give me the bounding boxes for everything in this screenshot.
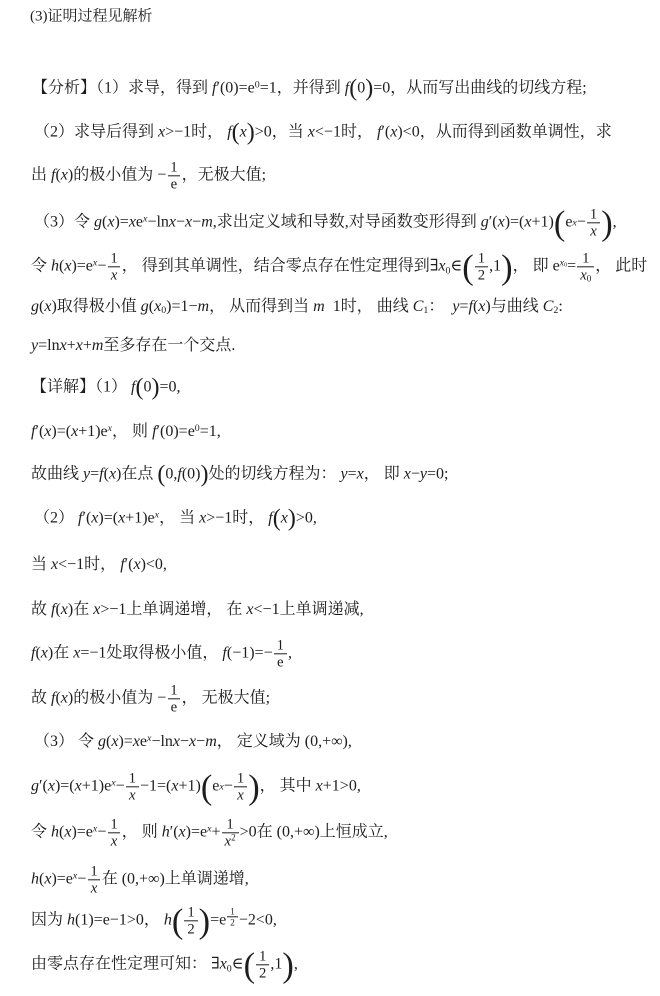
text-run: +1)e	[78, 423, 107, 440]
fraction-numerator: 1	[234, 770, 247, 786]
math-run: h	[162, 824, 170, 841]
text-run: ， 此时	[595, 258, 647, 275]
text-run: ∈	[232, 956, 244, 973]
text-run: ， 即 e	[513, 258, 560, 275]
text-run: 由零点存在性定理可知： ∃	[31, 956, 220, 973]
math-run: m	[92, 337, 104, 354]
text-run: e	[171, 177, 178, 193]
math-run: g	[98, 733, 106, 750]
text-run: 1	[110, 250, 117, 266]
text-run: ′(	[381, 124, 390, 141]
math-run: x	[240, 124, 247, 142]
text-run: ′(	[489, 214, 498, 231]
paren-content: 0,f(0)	[165, 466, 200, 484]
paren-content: 12,1	[255, 948, 282, 981]
text-run: −ln	[151, 733, 172, 750]
text-run: >−1上单调递增， 在	[100, 601, 246, 618]
text-run: 1	[187, 904, 194, 920]
text-run: =1，并得到	[260, 80, 345, 97]
math-run: x	[76, 337, 83, 354]
math-run: x	[129, 788, 136, 804]
text-run: )与曲线	[485, 298, 542, 315]
text-run: +1)e	[125, 510, 154, 527]
math-run: x	[169, 214, 176, 231]
text-run: 【详解】（1）	[31, 379, 131, 396]
paren-content: 0	[357, 80, 365, 98]
fraction-denominator: x2	[222, 833, 239, 850]
math-run: x	[111, 268, 118, 284]
text-run: )=(	[505, 214, 525, 231]
text-run: e	[136, 214, 143, 231]
text-run: （3）令	[34, 214, 94, 231]
fraction-numerator: 1	[227, 906, 238, 916]
text-run: <−1时，	[315, 124, 377, 141]
text-run: 【分析】（1）求导，得到	[32, 80, 212, 97]
text-run: =−1处取得极小值，	[80, 645, 222, 662]
text-run: +	[67, 337, 76, 354]
math-run: h	[51, 258, 59, 275]
text-run: (−1)=−	[227, 645, 273, 662]
fraction: 1x	[107, 816, 120, 849]
math-run: m	[313, 298, 325, 315]
fraction: 1e	[274, 637, 287, 670]
paren-content: 12	[183, 904, 198, 937]
text-run: 1	[226, 816, 233, 832]
math-run: x	[404, 466, 411, 483]
text-run: ， 则	[122, 824, 162, 841]
text-run: 0	[587, 274, 592, 284]
text-run: −2<0,	[239, 912, 277, 929]
math-run: x	[154, 298, 161, 315]
text-run: >0，当	[255, 124, 308, 141]
math-run: x	[111, 834, 118, 850]
fraction: 1x	[126, 770, 139, 803]
text-run: 2	[230, 917, 235, 927]
text-run: 0	[357, 80, 365, 98]
paren-content: x	[281, 510, 288, 528]
text-run: )取得极小值	[51, 298, 140, 315]
text-run: ′(	[82, 510, 91, 527]
fraction-numerator: 1	[107, 816, 120, 832]
text-run: <−1上单调递减,	[254, 601, 364, 618]
math-run: x	[524, 214, 531, 231]
text-run: )在	[48, 645, 73, 662]
text-line-16: 故 f(x)的极小值为 −1e， 无极大值;	[31, 682, 270, 715]
math-run: y	[341, 466, 348, 483]
fraction-denominator: x	[126, 787, 139, 804]
fraction-numerator: 1	[184, 904, 197, 920]
text-line-13: 当 x<−1时， f′(x)<0,	[31, 556, 167, 574]
text-run: −	[180, 733, 189, 750]
paren-content: 12,1	[474, 250, 501, 283]
math-run: x	[590, 224, 597, 240]
text-line-3: （2）求导后得到 x>−1时， f(x)>0，当 x<−1时， f′(x)<0，…	[34, 124, 612, 143]
math-run: x	[281, 510, 288, 528]
text-line-20: h(x)=ex−1x在 (0,+∞)上单调递增,	[31, 863, 249, 896]
text-run: 1时， 曲线	[325, 298, 413, 315]
math-run: g	[31, 298, 39, 315]
fraction: 12	[256, 948, 269, 981]
text-run: =1,	[200, 423, 221, 440]
text-run: （2）	[34, 510, 78, 527]
math-run: h	[67, 912, 75, 929]
fraction-numerator: 1	[107, 250, 120, 266]
text-run: ′(0)=e	[157, 423, 195, 440]
math-run: x	[41, 645, 48, 662]
text-run: 1	[230, 906, 235, 916]
text-run: 因为	[31, 912, 67, 929]
big-paren-group: (12)	[172, 904, 210, 937]
big-paren-group: (12,1)	[244, 948, 294, 981]
text-run: ′(0)=e	[216, 80, 254, 97]
math-run: g	[94, 214, 102, 231]
math-run: x	[246, 601, 253, 618]
text-run: )=1−	[166, 298, 197, 315]
fraction: 12	[475, 250, 488, 283]
text-run: )的极小值为 −	[68, 690, 166, 707]
fraction: 1x0	[577, 250, 594, 283]
paren-content: x	[240, 124, 247, 142]
text-run: 出	[31, 167, 51, 184]
text-run: 故曲线	[31, 466, 83, 483]
math-run: m	[201, 214, 213, 231]
fraction: 1x	[587, 206, 600, 239]
text-run: ,求出定义域和导数,对导函数变形得到	[213, 214, 481, 231]
text-run: =	[348, 466, 357, 483]
text-run: ， 其中	[260, 778, 316, 795]
text-run: e	[140, 733, 147, 750]
text-run: ， 则	[112, 423, 152, 440]
text-run: 令	[31, 824, 51, 841]
text-run: −	[97, 824, 106, 841]
math-run: m	[198, 298, 210, 315]
text-run: −	[97, 258, 106, 275]
text-run: ， 当	[159, 510, 199, 527]
text-run: <−1时，	[58, 556, 120, 573]
fraction: 1e	[167, 159, 180, 192]
text-run: :	[558, 298, 562, 315]
text-run: 处的切线方程为：	[209, 466, 341, 483]
fraction-denominator: x	[587, 223, 600, 240]
text-line-17: （3） 令 g(x)=xex−lnx−x−m， 定义域为 (0,+∞),	[34, 733, 352, 751]
math-run: g	[481, 214, 489, 231]
text-line-5: （3）令 g(x)=xex−lnx−x−m,求出定义域和导数,对导函数变形得到 …	[34, 206, 617, 239]
text-run: 当	[31, 556, 51, 573]
text-run: =0,	[159, 379, 180, 396]
text-run: 1	[259, 948, 266, 964]
text-run: 令	[31, 258, 51, 275]
text-run: 2	[259, 966, 266, 982]
text-run: )=	[118, 733, 132, 750]
text-run: ， 得到其单调性，结合零点存在性定理得到∃	[122, 258, 439, 275]
text-run: 1	[582, 250, 589, 266]
text-line-19: 令 h(x)=ex−1x， 则 h′(x)=ex+1x2>0在 (0,+∞)上恒…	[31, 816, 388, 849]
text-run: 1	[590, 206, 597, 222]
text-run: +	[83, 337, 92, 354]
fraction-numerator: 1	[223, 816, 236, 832]
text-run: ,1	[489, 258, 501, 276]
text-line-4: 出 f(x)的极小值为 −1e，无极大值;	[31, 159, 266, 192]
text-line-1: (3)证明过程见解析	[30, 8, 153, 25]
big-paren-group: (x)	[273, 510, 296, 528]
math-run: x	[61, 601, 68, 618]
text-line-12: （2） f′(x)=(x+1)ex， 当 x>−1时， f(x)>0,	[34, 510, 317, 529]
text-run: ′(	[170, 824, 179, 841]
text-run: −	[77, 871, 86, 888]
text-run: +1>0,	[323, 778, 361, 795]
fraction-denominator: x	[108, 833, 121, 850]
text-run: (3)证明过程见解析	[30, 8, 153, 24]
math-run: h	[51, 824, 59, 841]
fraction: 12	[184, 904, 197, 937]
text-run: −	[224, 778, 233, 796]
text-line-9: 【详解】（1） f(0)=0,	[31, 379, 181, 398]
text-run: )=(	[51, 423, 71, 440]
document-page: (3)证明过程见解析【分析】（1）求导，得到 f′(0)=e0=1，并得到 f(…	[0, 0, 660, 996]
text-run: 1	[277, 637, 284, 653]
text-run: 1	[170, 159, 177, 175]
text-run: 1	[237, 770, 244, 786]
fraction: 12	[227, 906, 238, 927]
text-run: )<0，从而得到函数单调性，求	[397, 124, 611, 141]
math-run: g	[141, 298, 149, 315]
text-run: =ln	[38, 337, 59, 354]
math-run: x	[91, 881, 98, 897]
text-line-7: g(x)取得极小值 g(x0)=1−m， 从而得到当 m 1时， 曲线 C1： …	[31, 298, 563, 316]
math-run: x	[438, 258, 445, 275]
text-run: =0;	[427, 466, 448, 483]
fraction-denominator: 2	[227, 916, 238, 927]
fraction-denominator: x0	[577, 267, 594, 284]
math-run: x	[173, 733, 180, 750]
fraction: 1e	[167, 682, 180, 715]
fraction: 1x	[87, 863, 100, 896]
text-line-6: 令 h(x)=ex−1x， 得到其单调性，结合零点存在性定理得到∃x0∈(12,…	[31, 250, 647, 283]
text-run: −	[192, 214, 201, 231]
math-run: x	[75, 778, 82, 795]
fraction-denominator: x	[88, 880, 101, 897]
text-run: ∈	[450, 258, 462, 275]
math-run: x	[308, 124, 315, 141]
math-run: x	[48, 778, 55, 795]
math-run: C	[413, 298, 424, 315]
text-run: ，无极大值;	[182, 167, 266, 184]
fraction-numerator: 1	[274, 637, 287, 653]
fraction-denominator: x	[234, 787, 247, 804]
text-run: 0,	[165, 466, 177, 484]
math-run: m	[205, 733, 217, 750]
text-run: −	[196, 733, 205, 750]
math-run: x	[237, 788, 244, 804]
text-run: 1	[170, 682, 177, 698]
math-run: x	[498, 214, 505, 231]
text-run: 故	[31, 601, 51, 618]
fraction-denominator: e	[168, 699, 181, 716]
paren-content: ex−1x	[212, 770, 248, 803]
fraction: 1x2	[222, 816, 239, 849]
text-run: +	[212, 824, 221, 841]
big-paren-group: (ex−1x)	[201, 770, 260, 803]
fraction-numerator: 1	[126, 770, 139, 786]
text-run: )=(	[98, 510, 118, 527]
big-paren-group: (0)	[349, 80, 373, 98]
superscript: 12	[226, 906, 239, 927]
math-run: x	[61, 167, 68, 184]
fraction-numerator: 1	[87, 863, 100, 879]
math-run: g	[31, 778, 39, 795]
math-run: x	[109, 466, 116, 483]
fraction-denominator: 2	[256, 965, 269, 982]
text-line-11: 故曲线 y=f(x)在点 (0,f(0))处的切线方程为： y=x， 即 x−y…	[31, 466, 449, 485]
text-run: ′(	[35, 423, 44, 440]
fraction-numerator: 1	[167, 159, 180, 175]
text-run: −	[176, 214, 185, 231]
big-paren-group: (12,1)	[462, 250, 512, 283]
text-run: )的极小值为 −	[68, 167, 166, 184]
text-run: −	[116, 778, 125, 795]
text-run: ， 从而得到当	[209, 298, 313, 315]
fraction-denominator: x	[108, 267, 121, 284]
text-line-8: y=lnx+x+m至多存在一个交点.	[31, 337, 235, 355]
text-run: ′(	[39, 778, 48, 795]
text-run: =	[90, 466, 99, 483]
math-run: x	[179, 824, 186, 841]
fraction-denominator: 2	[184, 921, 197, 938]
text-run: =	[567, 258, 576, 275]
fraction: 1x	[107, 250, 120, 283]
math-run: x	[129, 214, 136, 231]
math-run: x	[60, 337, 67, 354]
text-run: >−1时，	[206, 510, 268, 527]
paren-content: ex−1x	[565, 206, 601, 239]
text-line-10: f′(x)=(x+1)ex， 则 f′(0)=e0=1,	[31, 423, 221, 441]
text-run: 在 (0,+∞)上单调递增,	[102, 871, 249, 888]
text-line-2: 【分析】（1）求导，得到 f′(0)=e0=1，并得到 f(0)=0，从而写出曲…	[32, 80, 587, 99]
text-run: )=e	[71, 824, 92, 841]
text-run: +1)e	[82, 778, 111, 795]
text-run: e	[171, 700, 178, 716]
big-paren-group: (x)	[232, 124, 255, 142]
text-run: 1	[90, 863, 97, 879]
fraction-numerator: 1	[167, 682, 180, 698]
math-run: y	[420, 466, 427, 483]
text-run: =e	[210, 912, 226, 929]
text-run: )=(	[55, 778, 75, 795]
text-run: e	[277, 655, 284, 671]
text-run: >0在 (0,+∞)上恒成立,	[240, 824, 388, 841]
text-run: )在	[68, 601, 93, 618]
fraction: 1x	[234, 770, 247, 803]
math-run: x	[61, 690, 68, 707]
math-run: x	[133, 733, 140, 750]
text-run: )=e	[71, 258, 92, 275]
text-run: ， 定义域为 (0,+∞),	[217, 733, 352, 750]
text-line-14: 故 f(x)在 x>−1上单调递增， 在 x<−1上单调递减,	[31, 601, 364, 619]
fraction-numerator: 1	[579, 250, 592, 266]
text-run: 1	[110, 816, 117, 832]
fraction-denominator: e	[274, 654, 287, 671]
text-run: ， 无极大值;	[182, 690, 270, 707]
text-run: ：	[428, 298, 452, 315]
big-paren-group: (0)	[135, 379, 159, 397]
text-run: +1)	[532, 214, 554, 231]
text-line-22: 由零点存在性定理可知： ∃x0∈(12,1),	[31, 948, 298, 981]
text-run: ,	[288, 645, 292, 662]
big-paren-group: (0,f(0))	[157, 466, 208, 484]
text-run: 故	[31, 690, 51, 707]
text-run: −1=(	[140, 778, 171, 795]
text-run: >0,	[296, 510, 317, 527]
text-run: 1	[478, 250, 485, 266]
math-run: x	[133, 556, 140, 573]
math-run: h	[31, 871, 39, 888]
text-run: >−1时，	[165, 124, 227, 141]
fraction-numerator: 1	[256, 948, 269, 964]
text-run: ,	[613, 214, 617, 231]
text-run: )=e	[186, 824, 207, 841]
text-run: ,	[294, 956, 298, 973]
fraction-numerator: 1	[587, 206, 600, 222]
math-run: C	[543, 298, 554, 315]
text-run: （3） 令	[34, 733, 98, 750]
text-run: 至多存在一个交点.	[103, 337, 235, 354]
text-run: ， 即	[364, 466, 404, 483]
fraction-numerator: 1	[475, 250, 488, 266]
text-line-21: 因为 h(1)=e−1>0， h(12)=e12−2<0,	[31, 904, 277, 937]
text-run: 2	[187, 922, 194, 938]
text-run: ,1	[270, 956, 282, 974]
fraction-denominator: e	[168, 176, 181, 193]
text-run: 1	[129, 770, 136, 786]
text-run: )=e	[51, 871, 72, 888]
text-run: 0	[143, 379, 151, 397]
text-run: −ln	[147, 214, 168, 231]
text-run: 2	[231, 832, 236, 842]
text-line-15: f(x)在 x=−1处取得极小值， f(−1)=−1e,	[31, 637, 292, 670]
paren-content: 0	[143, 379, 151, 397]
math-run: x	[220, 956, 227, 973]
text-run: =0，从而写出曲线的切线方程;	[373, 80, 586, 97]
text-run: +1)	[178, 778, 200, 795]
text-run: (0)	[182, 466, 201, 484]
math-run: x	[357, 466, 364, 483]
text-run: (1)=e−1>0，	[75, 912, 164, 929]
big-paren-group: (ex−1x)	[554, 206, 613, 239]
text-run: )在点	[116, 466, 157, 483]
text-line-18: g′(x)=(x+1)ex−1x−1=(x+1)(ex−1x)， 其中 x+1>…	[31, 770, 361, 803]
math-run: h	[164, 912, 172, 929]
math-run: x	[316, 778, 323, 795]
text-run: )=	[114, 214, 128, 231]
text-run: −	[411, 466, 420, 483]
text-run: 2	[478, 268, 485, 284]
text-run: )<0,	[141, 556, 167, 573]
fraction-denominator: 2	[475, 267, 488, 284]
text-run: −	[577, 214, 586, 232]
text-run: （2）求导后得到	[34, 124, 158, 141]
